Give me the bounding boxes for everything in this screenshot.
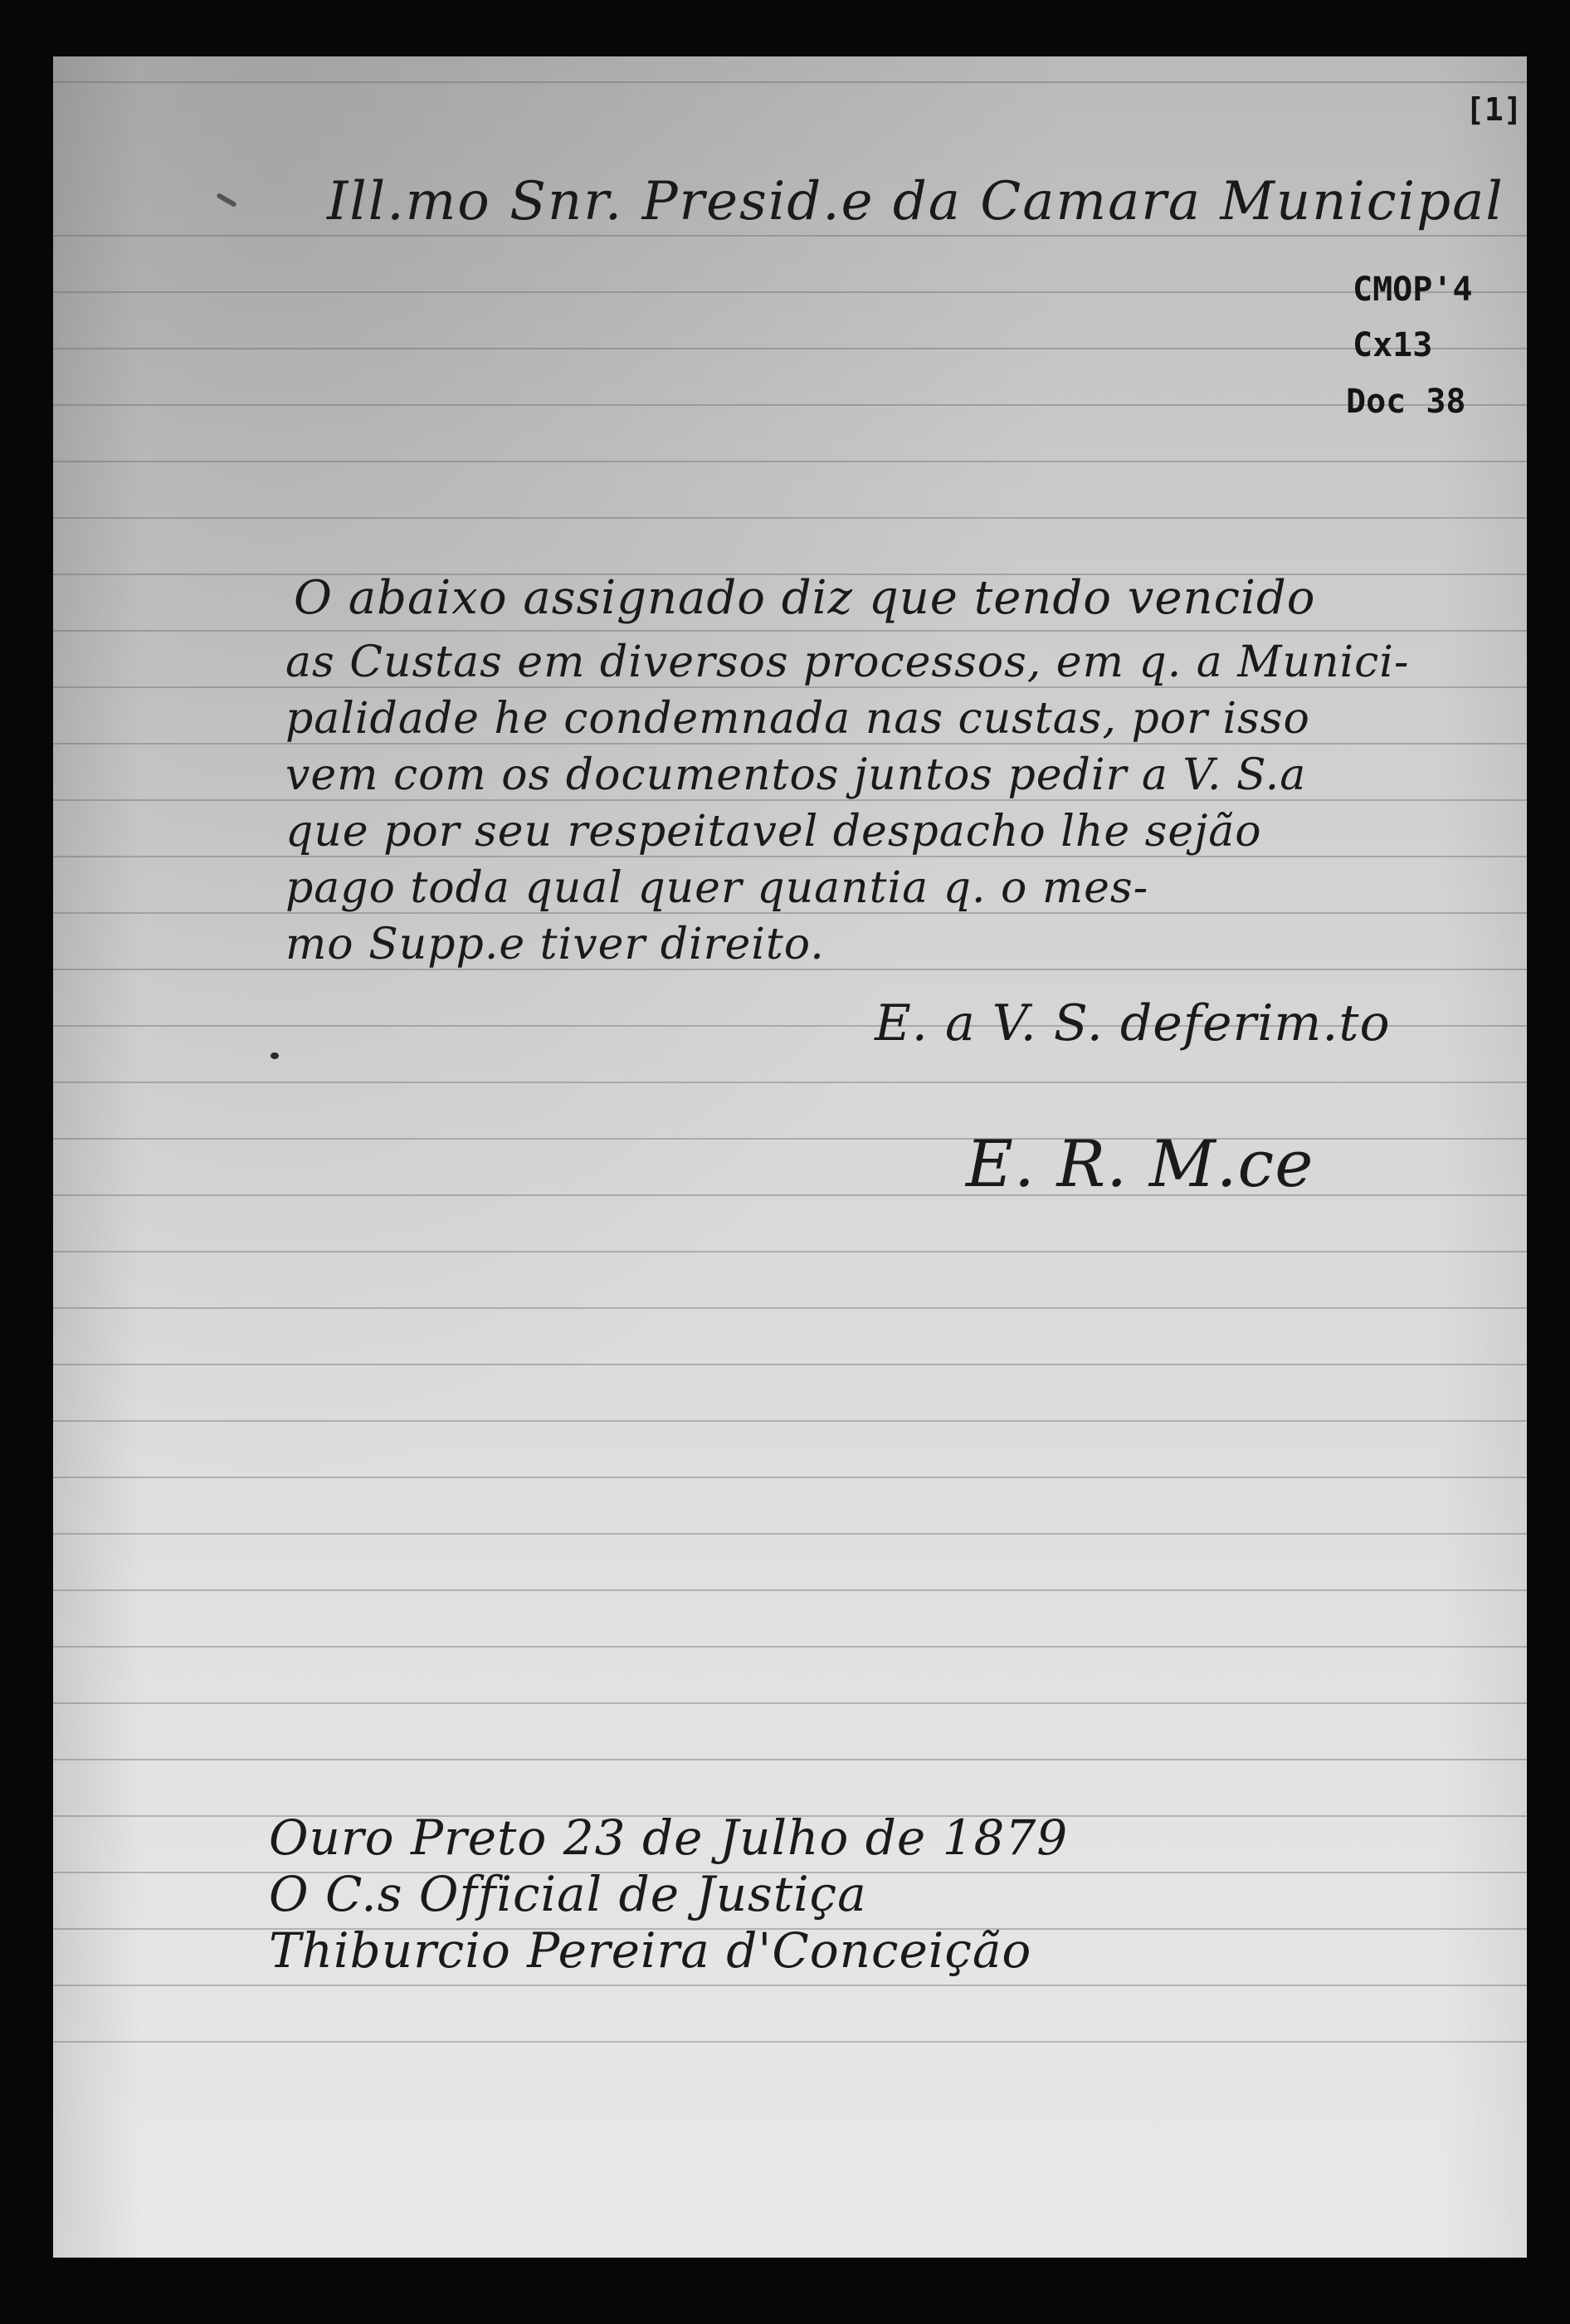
body-line-3: palidade he condemnada nas custas, por i… [285,694,1310,744]
ink-speck [271,1052,279,1059]
ruled-line [53,630,1527,632]
body-line-5: que por seu respeitavel despacho lhe sej… [285,807,1262,857]
ruled-line [53,1420,1527,1422]
ruled-line [53,1759,1527,1760]
ruled-line [53,1251,1527,1252]
body-line-7: mo Supp.e tiver direito. [285,920,825,969]
closing-formula: E. a V. S. deferim.to [875,994,1391,1052]
ruled-line [53,235,1527,237]
body-line-2: as Custas em diversos processos, em q. a… [285,637,1409,687]
ruled-line [53,81,1527,83]
ruled-line [53,1081,1527,1083]
ruled-line [53,1307,1527,1309]
archive-reference-fund: CMOP'4 [1353,271,1473,309]
body-line-1: O abaixo assignado diz que tendo vencido [294,571,1315,625]
place-date: Ouro Preto 23 de Julho de 1879 [269,1809,1068,1866]
ruled-line [53,517,1527,519]
archive-reference-box: Cx13 [1353,326,1432,364]
addressee-heading: Ill.mo Snr. Presid.e da Camara Municipal [327,171,1504,232]
ruled-line [53,291,1527,293]
ink-blemish [216,193,237,207]
ruled-line [53,1533,1527,1535]
archive-reference-doc: Doc 38 [1346,383,1466,421]
ruled-line [53,404,1527,406]
ruled-line [53,1477,1527,1478]
document-page: [1] CMOP'4 Cx13 Doc 38 Ill.mo Snr. Presi… [53,56,1527,2258]
ruled-line [53,1364,1527,1365]
folio-mark: [1] [1465,91,1523,128]
ruled-line [53,2041,1527,2043]
ruled-line [53,348,1527,349]
body-line-4: vem com os documentos juntos pedir a V. … [285,750,1306,800]
ruled-line [53,1589,1527,1591]
closing-abbreviation: E. R. M.ce [966,1127,1314,1202]
body-line-6: pago toda qual quer quantia q. o mes- [285,863,1148,913]
ruled-line [53,1646,1527,1648]
signer-name: Thiburcio Pereira d'Conceição [269,1922,1031,1979]
ruled-line [53,1985,1527,1986]
ruled-line [53,461,1527,462]
signer-title: O C.s Official de Justiça [269,1866,867,1922]
ruled-line [53,1702,1527,1704]
